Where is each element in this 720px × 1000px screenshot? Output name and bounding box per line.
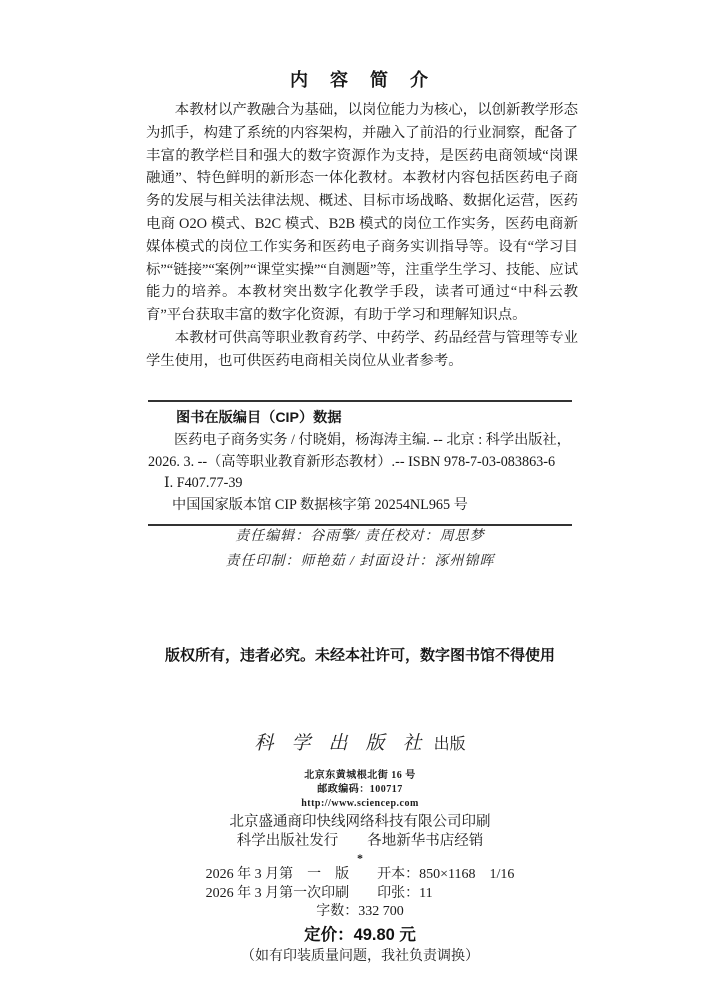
- printer-line: 北京盛通商印快线网络科技有限公司印刷: [0, 813, 720, 832]
- copyright-notice: 版权所有，违者必究。未经本社许可，数字图书馆不得使用: [0, 644, 720, 665]
- content-summary: 本教材以产教融合为基础，以岗位能力为核心，以创新教学形态为抓手，构建了系统的内容…: [146, 99, 578, 373]
- publisher-address: 北京东黄城根北街 16 号: [0, 769, 720, 783]
- publisher-website: http://www.sciencep.com: [0, 797, 720, 811]
- print-details: 2026 年 3 月第 一 版 开本：850×1168 1/16 2026 年 …: [0, 866, 720, 903]
- design-credit-line: 责任印制：师艳茹 / 封面设计：涿州锦晖: [0, 549, 720, 574]
- summary-paragraph-1: 本教材以产教融合为基础，以岗位能力为核心，以创新教学形态为抓手，构建了系统的内容…: [146, 99, 578, 327]
- cip-data-box: 图书在版编目（CIP）数据 医药电子商务实务 / 付晓娟，杨海涛主编. -- 北…: [148, 400, 572, 526]
- editor-credit-line: 责任编辑：谷雨擎/ 责任校对：周思梦: [0, 524, 720, 549]
- publisher-postcode: 邮政编码：100717: [0, 783, 720, 797]
- publisher-logo-script: 科 学 出 版 社: [254, 732, 427, 754]
- publisher-logo-suffix: 出版: [434, 736, 466, 753]
- cip-heading: 图书在版编目（CIP）数据: [176, 408, 572, 430]
- summary-paragraph-2: 本教材可供高等职业教育药学、中药学、药品经营与管理等专业学生使用，也可供医药电商…: [146, 327, 578, 373]
- edition-line: 2026 年 3 月第 一 版 开本：850×1168 1/16: [206, 866, 515, 885]
- cip-record-line-1: 医药电子商务实务 / 付晓娟，杨海涛主编. -- 北京 : 科学出版社，: [174, 430, 572, 452]
- cip-record-line-2: 2026. 3. --（高等职业教育新形态教材）.-- ISBN 978-7-0…: [148, 452, 572, 474]
- print-details-inner: 2026 年 3 月第 一 版 开本：850×1168 1/16 2026 年 …: [206, 866, 515, 903]
- colophon: 科 学 出 版 社 出版 北京东黄城根北街 16 号 邮政编码：100717 h…: [0, 731, 720, 966]
- distribution-line: 科学出版社发行 各地新华书店经销: [0, 832, 720, 851]
- publisher-logo-line: 科 学 出 版 社 出版: [0, 731, 720, 757]
- impression-line: 2026 年 3 月第一次印刷 印张：11: [206, 885, 515, 904]
- price-line: 定价：49.80 元: [0, 925, 720, 946]
- star-divider: *: [0, 851, 720, 865]
- quality-note: （如有印装质量问题，我社负责调换）: [0, 947, 720, 966]
- cip-registry-number: 中国国家版本馆 CIP 数据核字第 20254NL965 号: [172, 495, 572, 517]
- page-title: 内 容 简 介: [0, 66, 720, 92]
- cip-classification: Ⅰ. F407.77-39: [164, 473, 572, 495]
- staff-credits: 责任编辑：谷雨擎/ 责任校对：周思梦 责任印制：师艳茹 / 封面设计：涿州锦晖: [0, 524, 720, 574]
- word-count-line: 字数：332 700: [0, 903, 720, 922]
